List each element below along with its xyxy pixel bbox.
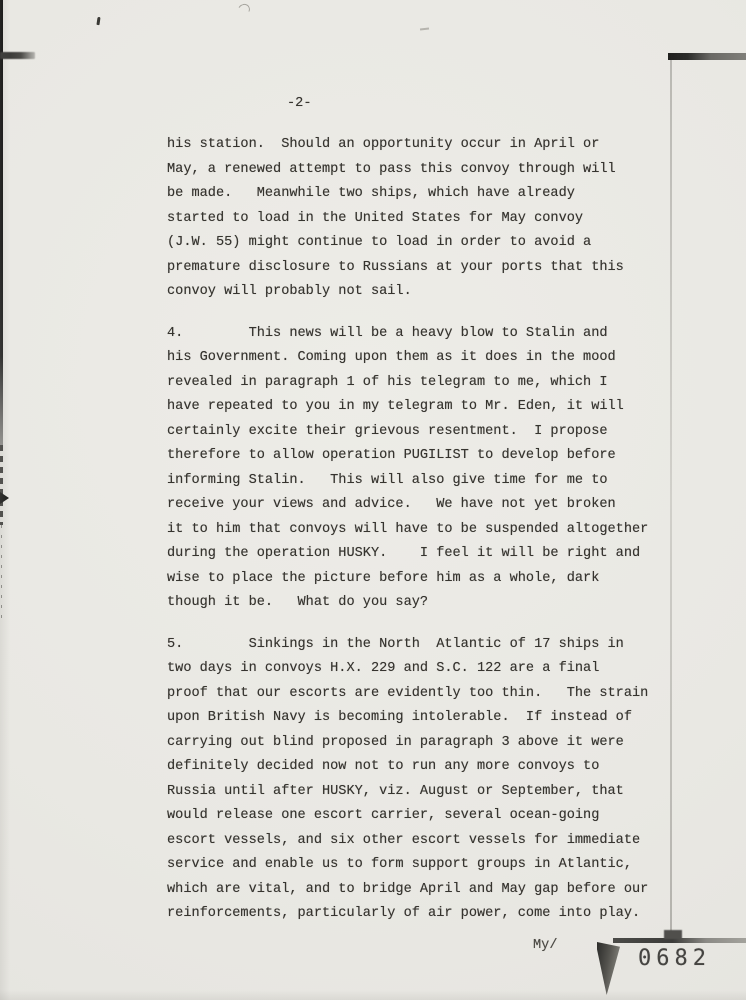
text-line: be made. Meanwhile two ships, which have… xyxy=(167,182,677,207)
text-line: proof that our escorts are evidently too… xyxy=(167,682,677,707)
text-line: receive your views and advice. We have n… xyxy=(167,493,677,518)
document-body: his station. Should an opportunity occur… xyxy=(167,133,677,944)
text-line: convoy will probably not sail. xyxy=(167,280,677,305)
paragraph-4: 4. This news will be a heavy blow to Sta… xyxy=(167,322,677,616)
text-line: reinforcements, particularly of air powe… xyxy=(167,902,677,927)
ink-speck xyxy=(236,2,251,16)
text-line: revealed in paragraph 1 of his telegram … xyxy=(167,371,677,396)
stamp-line-blot xyxy=(664,930,682,939)
text-line: started to load in the United States for… xyxy=(167,207,677,232)
text-line: though it be. What do you say? xyxy=(167,591,677,616)
top-right-scan-mark xyxy=(668,53,746,60)
text-line: escort vessels, and six other escort ves… xyxy=(167,829,677,854)
text-line: would release one escort carrier, severa… xyxy=(167,804,677,829)
text-line: two days in convoys H.X. 229 and S.C. 12… xyxy=(167,657,677,682)
text-line: certainly excite their grievous resentme… xyxy=(167,420,677,445)
page-edge-shading xyxy=(0,990,746,1000)
ink-speck xyxy=(96,17,100,25)
paragraph-5: 5. Sinkings in the North Atlantic of 17 … xyxy=(167,633,677,927)
text-line: May, a renewed attempt to pass this conv… xyxy=(167,158,677,183)
text-line: his station. Should an opportunity occur… xyxy=(167,133,677,158)
stamp-wedge-mark xyxy=(597,942,620,995)
text-line: premature disclosure to Russians at your… xyxy=(167,256,677,281)
text-line: carrying out blind proposed in paragraph… xyxy=(167,731,677,756)
text-line: have repeated to you in my telegram to M… xyxy=(167,395,677,420)
text-line: service and enable us to form support gr… xyxy=(167,853,677,878)
paragraph-continuation: his station. Should an opportunity occur… xyxy=(167,133,677,305)
text-line: 4. This news will be a heavy blow to Sta… xyxy=(167,322,677,347)
signoff-initials: My/ xyxy=(533,938,557,953)
ink-speck xyxy=(420,28,429,31)
text-line: wise to place the picture before him as … xyxy=(167,567,677,592)
text-line: his Government. Coming upon them as it d… xyxy=(167,346,677,371)
text-line: 5. Sinkings in the North Atlantic of 17 … xyxy=(167,633,677,658)
text-line: it to him that convoys will have to be s… xyxy=(167,518,677,543)
scanned-document-page: -2- his station. Should an opportunity o… xyxy=(0,0,746,1000)
page-edge-shading xyxy=(0,0,10,1000)
text-line: Russia until after HUSKY, viz. August or… xyxy=(167,780,677,805)
text-line: during the operation HUSKY. I feel it wi… xyxy=(167,542,677,567)
text-line: upon British Navy is becoming intolerabl… xyxy=(167,706,677,731)
text-line: (J.W. 55) might continue to load in orde… xyxy=(167,231,677,256)
text-line: which are vital, and to bridge April and… xyxy=(167,878,677,903)
text-line: definitely decided now not to run any mo… xyxy=(167,755,677,780)
text-line: therefore to allow operation PUGILIST to… xyxy=(167,444,677,469)
text-line: informing Stalin. This will also give ti… xyxy=(167,469,677,494)
page-number: -2- xyxy=(287,96,311,111)
page-stamp-number: 0682 xyxy=(638,946,711,971)
